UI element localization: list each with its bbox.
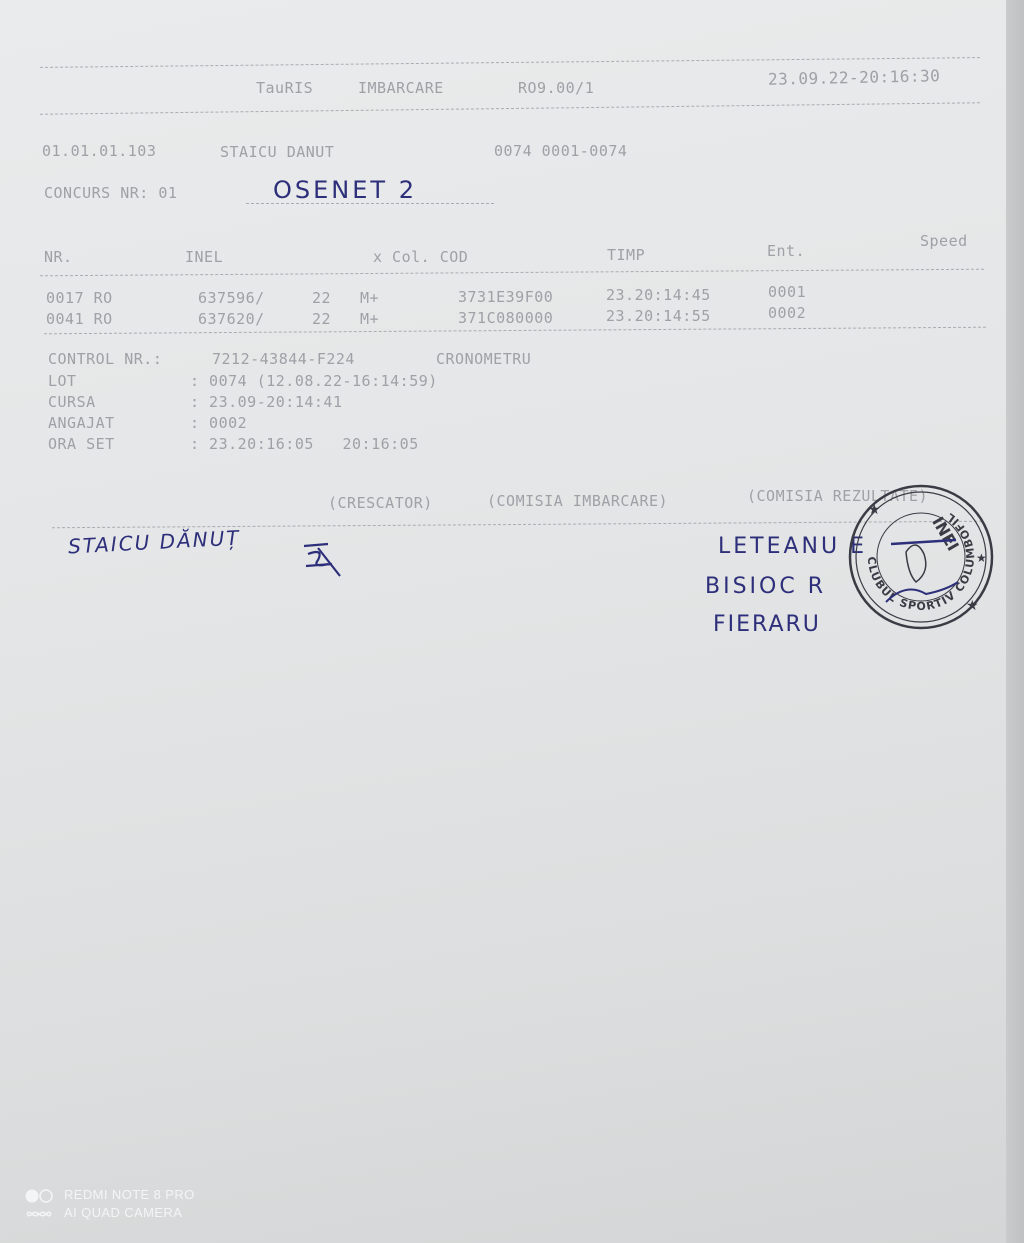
commission-member-1: LETEANU E <box>718 534 867 559</box>
row-timp: 23.20:14:55 <box>606 307 711 325</box>
role-comisia-imbarcare: (COMISIA IMBARCARE) <box>487 492 668 510</box>
system-name: TauRIS <box>256 79 313 97</box>
ora-set-value: : 23.20:16:05 20:16:05 <box>190 435 419 453</box>
watermark-line2: AI QUAD CAMERA <box>64 1204 195 1222</box>
contest-label: CONCURS NR: 01 <box>44 184 177 202</box>
col-ent: Ent. <box>767 242 805 260</box>
cursa-value: : 23.09-20:14:41 <box>190 393 343 411</box>
row-sex: M+ <box>360 310 379 328</box>
col-col-cod: x Col. COD <box>373 248 468 266</box>
row-inel: 637620/ <box>198 310 265 328</box>
watermark-line1: REDMI NOTE 8 PRO <box>64 1186 195 1204</box>
row-year: 22 <box>312 289 331 307</box>
row-sex: M+ <box>360 289 379 307</box>
row-ent: 0002 <box>768 304 806 322</box>
row-year: 22 <box>312 310 331 328</box>
lot-value: : 0074 (12.08.22-16:14:59) <box>190 372 438 390</box>
paper-edge <box>1006 0 1024 1243</box>
row-nr: 0041 RO <box>46 310 113 328</box>
version: RO9.00/1 <box>518 79 594 97</box>
ora-set-label: ORA SET <box>48 435 115 453</box>
device-label: CRONOMETRU <box>436 350 531 368</box>
divider <box>44 327 986 335</box>
angajat-label: ANGAJAT <box>48 414 115 432</box>
role-crescator: (CRESCATOR) <box>328 494 433 512</box>
document-title: IMBARCARE <box>358 79 444 97</box>
col-inel: INEL <box>185 248 223 266</box>
angajat-value: : 0002 <box>190 414 247 432</box>
contest-name-handwritten: OSENET 2 <box>273 176 417 204</box>
row-timp: 23.20:14:45 <box>606 286 711 304</box>
svg-text:★: ★ <box>868 502 881 518</box>
row-ent: 0001 <box>768 283 806 301</box>
row-cod: 3731E39F00 <box>458 288 553 306</box>
control-label: CONTROL NR.: <box>48 350 162 368</box>
cursa-label: CURSA <box>48 393 96 411</box>
camera-logo-icon <box>24 1188 54 1222</box>
club-stamp: CLUBUL SPORTIV COLUMBOFIL ★ ★ ★ INEI <box>846 482 996 632</box>
col-nr: NR. <box>44 248 73 266</box>
printed-receipt: TauRIS IMBARCARE RO9.00/1 23.09.22-20:16… <box>0 0 1006 1243</box>
col-timp: TIMP <box>607 246 645 264</box>
row-cod: 371C080000 <box>458 309 553 327</box>
divider <box>40 102 980 114</box>
crescator-signature-mark <box>298 538 346 580</box>
divider <box>40 57 980 68</box>
commission-member-3: FIERARU <box>713 612 821 637</box>
fancier-code: 01.01.01.103 <box>42 142 156 160</box>
control-value: 7212-43844-F224 <box>212 350 355 368</box>
row-nr: 0017 RO <box>46 289 113 307</box>
svg-text:CLUBUL SPORTIV COLUMBOFIL: CLUBUL SPORTIV COLUMBOFIL <box>865 510 978 613</box>
svg-text:★: ★ <box>966 598 979 614</box>
lot-label: LOT <box>48 372 77 390</box>
svg-text:★: ★ <box>976 551 987 565</box>
stamp-outer-text: CLUBUL SPORTIV COLUMBOFIL <box>865 510 978 613</box>
lot-range: 0074 0001-0074 <box>494 142 627 160</box>
divider <box>40 269 984 277</box>
print-timestamp: 23.09.22-20:16:30 <box>768 66 941 89</box>
col-speed: Speed <box>920 232 968 250</box>
row-inel: 637596/ <box>198 289 265 307</box>
crescator-signature-name: STAICU DĂNUȚ <box>67 526 241 559</box>
commission-member-2: BISIOC R <box>705 574 826 599</box>
fancier-name: STAICU DANUT <box>220 143 334 161</box>
